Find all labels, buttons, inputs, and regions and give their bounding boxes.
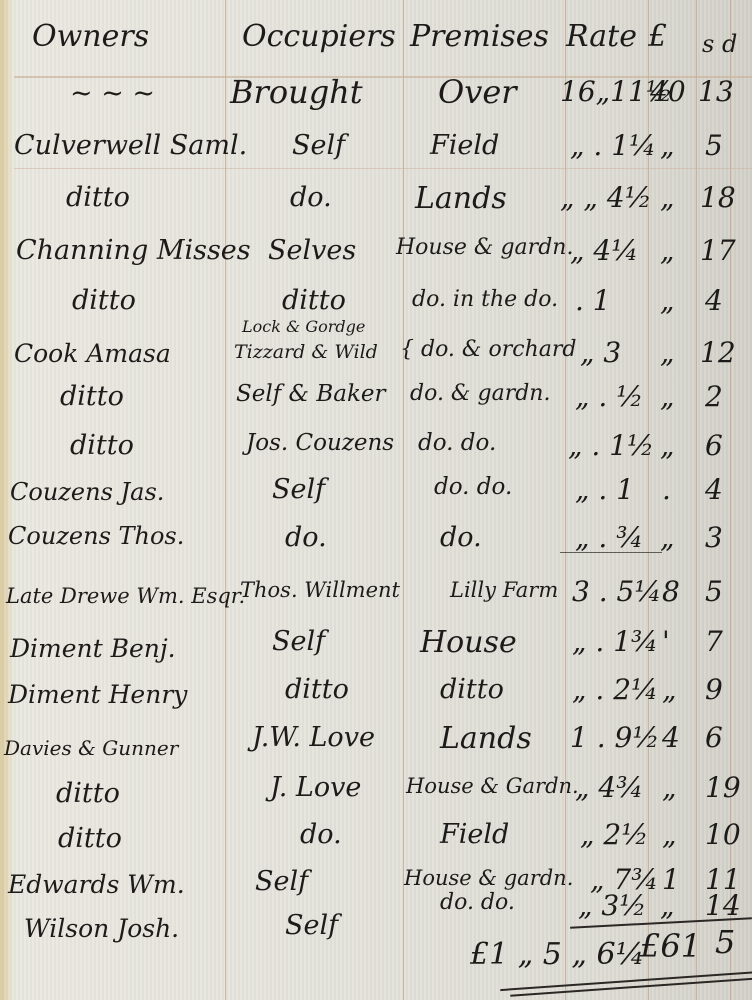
rate-cell: „ „ 4½ (560, 184, 652, 212)
pounds-cell: „ (660, 524, 675, 552)
premises-cell: do. do. (440, 892, 515, 914)
occupier-cell: Self (285, 912, 338, 939)
shillings-cell: 5 (705, 578, 723, 606)
shillings-cell: 6 (705, 724, 723, 752)
premises-cell: { do. & orchard (400, 339, 576, 361)
shillings-cell: 10 (705, 821, 741, 849)
premises-cell: Field (430, 132, 499, 159)
brought-over-occupiers: Brought (230, 76, 363, 108)
brought-over-premises: Over (438, 76, 517, 108)
pounds-cell: „ (660, 132, 675, 160)
header-shillings-pence: s d (702, 32, 737, 56)
ledger-row: Couzens Thos. do. do. „ . ¾ „ 3 (0, 510, 752, 566)
shillings-cell: 14 (705, 892, 741, 920)
pounds-cell: „ (660, 237, 675, 265)
rate-cell: „ 3½ (578, 892, 646, 920)
occupier-cell: ditto (285, 676, 349, 703)
premises-cell: Lands (440, 724, 532, 754)
premises-cell: do. & gardn. (410, 383, 550, 405)
pounds-cell: „ (662, 774, 677, 802)
occupier-cell: Self (272, 476, 325, 503)
occupier-cell: Selves (268, 237, 356, 264)
rate-cell: „ . 1½ (568, 432, 654, 460)
pounds-cell: „ (660, 339, 675, 367)
shillings-cell: 18 (700, 184, 736, 212)
owner-cell: Couzens Thos. (8, 524, 184, 548)
occupier-cell: J.W. Love (252, 724, 375, 751)
premises-cell: do. in the do. (412, 289, 558, 311)
shillings-cell: 6 (705, 432, 723, 460)
owner-cell: Channing Misses (16, 237, 251, 264)
owner-cell: Culverwell Saml. (14, 132, 247, 159)
shillings-cell: 7 (705, 628, 723, 656)
occupier-cell: do. (285, 524, 327, 551)
header-rate: Rate (566, 22, 637, 52)
owner-cell: ditto (56, 780, 120, 807)
rate-cell: 1 . 9½ (570, 724, 659, 752)
premises-cell: do. do. (434, 476, 512, 499)
owner-cell: ditto (60, 383, 124, 410)
premises-cell: do. (440, 524, 482, 551)
premises-cell: House & Gardn. (406, 776, 579, 797)
owner-cell: Diment Henry (8, 682, 187, 707)
owner-cell: Couzens Jas. (10, 480, 164, 504)
rate-cell: „ . 1¼ (570, 132, 656, 160)
ledger-row: Channing Misses Selves House & gardn. „ … (0, 225, 752, 281)
shillings-total: 5 (715, 926, 735, 958)
rate-cell: 3 . 5¼ (572, 578, 661, 606)
header-pounds: £ (648, 22, 667, 52)
premises-cell: Lands (415, 184, 507, 214)
occupier-cell: J. Love (270, 774, 361, 801)
pounds-cell: 4 (662, 724, 680, 752)
occupier-cell: do. (290, 184, 332, 211)
rate-total: £1 „ 5 „ 6¼ (470, 940, 645, 970)
premises-cell: Field (440, 821, 509, 848)
pounds-cell: „ (660, 432, 675, 460)
ledger-row: Diment Henry ditto ditto „ . 2¼ „ 9 (0, 668, 752, 724)
occupier-cell: do. (300, 821, 342, 848)
rate-cell: „ 4¾ (575, 774, 643, 802)
rate-cell: „ . ½ (575, 383, 643, 411)
occupier-note: Lock & Gordge (242, 319, 365, 335)
owner-cell: ditto (66, 184, 130, 211)
pounds-cell: „ (660, 383, 675, 411)
header-owners: Owners (32, 22, 149, 52)
pounds-cell: „ (660, 184, 675, 212)
pounds-total: £61 (640, 930, 701, 962)
occupier-cell: Thos. Willment (240, 580, 400, 601)
brought-over-pounds: 40 (650, 78, 686, 106)
occupier-cell: Tizzard & Wild (234, 343, 378, 362)
pounds-cell: „ (660, 892, 675, 920)
premises-cell: Lilly Farm (450, 580, 558, 601)
pounds-cell: „ (662, 676, 677, 704)
shillings-cell: 3 (705, 524, 723, 552)
shillings-cell: 9 (705, 676, 723, 704)
shillings-cell: 2 (705, 383, 723, 411)
occupier-cell: ditto (282, 287, 346, 314)
ledger-row: Davies & Gunner J.W. Love Lands 1 . 9½ 4… (0, 718, 752, 774)
pounds-cell: . (662, 476, 671, 504)
owner-cell: Late Drewe Wm. Esqr. (6, 586, 245, 607)
pounds-cell: „ (662, 821, 677, 849)
brought-over-owners: ~ ~ ~ (70, 80, 155, 107)
occupier-cell: Self & Baker (236, 383, 386, 406)
ledger-row: Cook Amasa Lock & Gordge Tizzard & Wild … (0, 315, 752, 371)
premises-cell: do. do. (418, 432, 496, 455)
pounds-cell: ' (662, 628, 670, 656)
owner-cell: Davies & Gunner (4, 738, 178, 758)
shillings-cell: 12 (700, 339, 736, 367)
occupier-cell: Self (272, 628, 325, 655)
premises-cell: House & gardn. (396, 237, 573, 259)
rate-cell: . 1 (575, 287, 611, 315)
owner-cell: ditto (70, 432, 134, 459)
ledger-page: Owners Occupiers Premises Rate £ s d ~ ~… (0, 0, 752, 1000)
shillings-cell: 4 (705, 287, 723, 315)
subtotal-rule (560, 552, 662, 553)
shillings-cell: 19 (705, 774, 741, 802)
owner-cell: ditto (72, 287, 136, 314)
header-occupiers: Occupiers (242, 22, 396, 52)
row-rule (14, 168, 752, 169)
ledger-row: ditto do. Lands „ „ 4½ „ 18 (0, 172, 752, 228)
premises-cell: House & gardn. (404, 868, 573, 889)
premises-cell: ditto (440, 676, 504, 703)
rate-cell: „ . 2¼ (572, 676, 658, 704)
owner-cell: Cook Amasa (14, 341, 171, 366)
brought-over-shillings: 13 (698, 78, 734, 106)
premises-cell: House (420, 628, 517, 658)
owner-cell: Edwards Wm. (8, 872, 185, 897)
rate-cell: „ . ¾ (575, 524, 643, 552)
occupier-cell: Jos. Couzens (246, 432, 394, 455)
brought-over-row: ~ ~ ~ Brought Over 16„11½ 40 13 (0, 70, 752, 126)
occupier-cell: Self (255, 868, 308, 895)
rate-cell: „ . 1 (575, 476, 634, 504)
pounds-cell: „ (660, 287, 675, 315)
rate-cell: „ 3 (580, 339, 621, 367)
rate-cell: „ 2½ (580, 821, 648, 849)
occupier-cell: Self (292, 132, 345, 159)
shillings-cell: 5 (705, 132, 723, 160)
ledger-row: Late Drewe Wm. Esqr. Thos. Willment Lill… (0, 572, 752, 628)
shillings-cell: 17 (700, 237, 736, 265)
rate-cell: „ 4¼ (570, 237, 638, 265)
owner-cell: ditto (58, 825, 122, 852)
shillings-cell: 4 (705, 476, 723, 504)
rate-cell: „ . 1¾ (572, 628, 658, 656)
owner-cell: Diment Benj. (10, 636, 176, 661)
pounds-cell: 8 (662, 578, 680, 606)
header-premises: Premises (410, 22, 549, 52)
owner-cell: Wilson Josh. (24, 916, 179, 941)
